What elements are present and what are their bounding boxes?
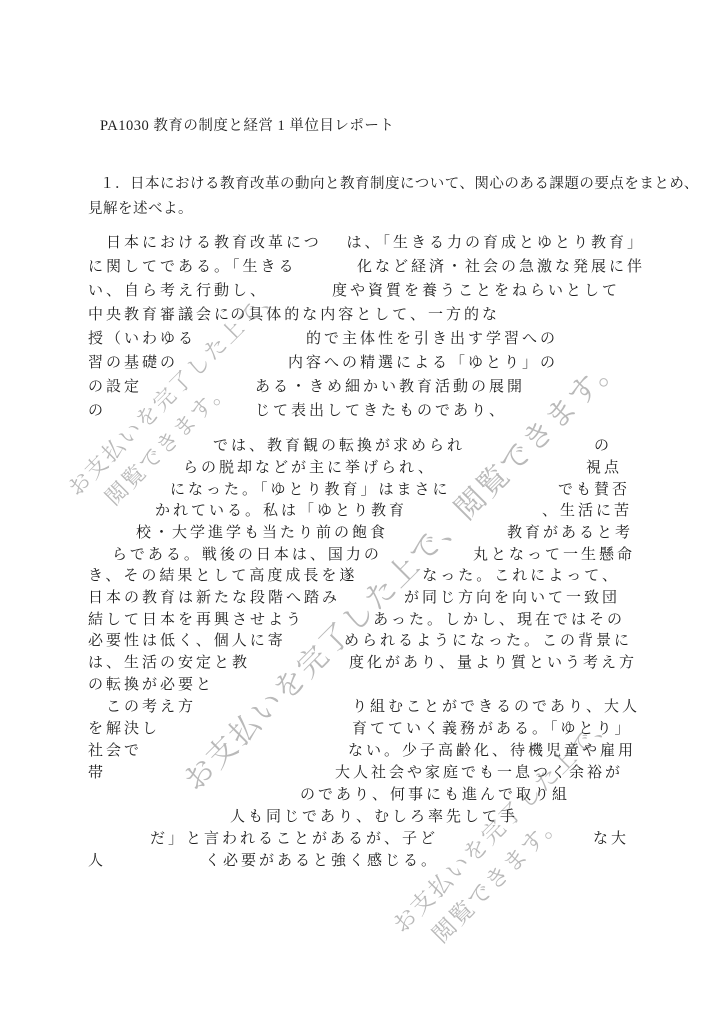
text-line: を解決し育てていく義務がある。「ゆとり」 [0,719,724,741]
text-fragment: なった。これによって、 [422,566,620,586]
text-fragment: らの脱却などが主に挙げられ、 [183,458,436,478]
text-line: 日本の教育は新たな段階へ踏みが同じ方向を向いて一致団 [0,588,724,610]
text-line: のじて表出してきたものであり、 [0,401,724,423]
text-line: い、自ら考え行動し、度や資質を養うことをねらいとして [0,281,724,303]
text-fragment: の設定 [88,377,142,397]
text-fragment: く必要があると強く感じる。 [205,851,439,871]
text-fragment: ある・きめ細かい教育活動の展開 [255,377,525,397]
text-line: らである。戦後の日本は、国力の丸となって一生懸命 [0,545,724,567]
text-line: は、生活の安定と教度化があり、量より質という考え方 [0,653,724,675]
text-fragment: の転換が必要と [88,675,214,695]
text-fragment: に関してである。「生きる [88,257,297,277]
document-page: お支払いを完了した上で、閲覧できます。お支払いを完了した上で、閲覧できます。お支… [0,0,724,1024]
text-fragment: は、「生きる力の育成とゆとり教育」 [346,233,645,253]
text-fragment: あった。しかし、現在ではその [373,610,625,630]
text-fragment: 社会で [88,741,142,761]
text-line: 日本における教育改革につは、「生きる力の育成とゆとり教育」 [0,233,724,255]
text-fragment: 日本における教育改革につ [88,233,322,253]
text-fragment: 見解を述べよ。 [88,199,193,219]
text-fragment: な大 [593,829,629,849]
text-line: 中央教育審議会にの具体的な内容として、一方的な [0,305,724,327]
text-fragment: ない。少子高齢化、待機児童や雇用 [348,741,636,761]
text-line: らの脱却などが主に挙げられ、視点 [0,458,724,480]
text-fragment: １．日本における教育改革の動向と教育制度について、関心のある課題の要点をまとめ、 [100,174,699,194]
text-line: 人も同じであり、むしろ率先して手 [0,807,724,829]
text-fragment: じて表出してきたものであり、 [255,401,507,421]
text-fragment: 視点 [586,458,622,478]
text-line: 校・大学進学も当たり前の飽食教育があると考 [0,523,724,545]
text-fragment: 人 [88,851,106,871]
text-fragment: は、生活の安定と教 [88,653,250,673]
text-line: 必要性は低く、個人に寄められるようになった。この背景に [0,631,724,653]
text-line: 社会でない。少子高齢化、待機児童や雇用 [0,741,724,763]
text-line: では、教育観の転換が求められの [0,436,724,458]
text-fragment: PA1030 教育の制度と経営 1 単位目レポート [100,116,394,136]
text-line: 結して日本を再興させようあった。しかし、現在ではその [0,610,724,632]
text-fragment: のであり、何事にも進んで取り組 [300,785,570,805]
text-fragment: 、生活に苦 [542,501,632,521]
text-fragment: この考え方 [88,697,196,717]
assignment-question-line: 見解を述べよ。 [0,199,724,221]
text-line: 習の基礎の内容への精選による「ゆとり」の [0,353,724,375]
text-fragment: の具体的な内容として、一方的な [230,305,500,325]
text-line: の転換が必要と [0,675,724,697]
text-fragment: になった。「ゆとり教育」はまさに [170,480,451,500]
text-fragment: 度化があり、量より質という考え方 [349,653,637,673]
text-fragment: 中央教育審議会に [88,305,232,325]
text-fragment: 結して日本を再興させよう [88,610,304,630]
text-fragment: 教育があると考 [507,523,633,543]
text-line: 人く必要があると強く感じる。 [0,851,724,873]
text-fragment: の [88,401,106,421]
text-line: だ」と言われることがあるが、子どな大 [0,829,724,851]
text-fragment: められるようになった。この背景に [344,631,632,651]
text-fragment: り組むことができるのであり、大人 [352,697,640,717]
text-fragment: が同じ方向を向いて一致団 [404,588,620,608]
text-line: に関してである。「生きる化など経済・社会の急激な発展に伴 [0,257,724,279]
text-fragment: では、教育観の転換が求められ [213,436,465,456]
text-line: かれている。私は「ゆとり教育、生活に苦 [0,501,724,523]
text-fragment: 化など経済・社会の急激な発展に伴 [357,257,645,277]
text-fragment: き、その結果として高度成長を遂 [88,566,357,586]
text-line: き、その結果として高度成長を遂なった。これによって、 [0,566,724,588]
text-line: 授（いわゆる的で主体性を引き出す学習への [0,329,724,351]
text-fragment: でも賛否 [558,480,630,500]
text-fragment: 人も同じであり、むしろ率先して手 [230,807,518,827]
text-fragment: 大人社会や家庭でも一息つく余裕が [335,763,623,783]
report-title: PA1030 教育の制度と経営 1 単位目レポート [0,116,724,138]
text-fragment: 帯 [88,763,106,783]
text-line: の設定ある・きめ細かい教育活動の展開 [0,377,724,399]
text-fragment: らである。戦後の日本は、国力の [112,545,382,565]
text-fragment: 的で主体性を引き出す学習への [306,329,558,349]
text-fragment: 内容への精選による「ゆとり」の [288,353,558,373]
text-fragment: 育てていく義務がある。「ゆとり」 [352,719,633,739]
text-fragment: の [594,436,612,456]
text-fragment: 校・大学進学も当たり前の飽食 [136,523,388,543]
assignment-question-line: １．日本における教育改革の動向と教育制度について、関心のある課題の要点をまとめ、 [0,174,724,196]
text-fragment: 授（いわゆる [88,329,196,349]
text-line: 帯大人社会や家庭でも一息つく余裕が [0,763,724,785]
text-fragment: 必要性は低く、個人に寄 [88,631,286,651]
text-fragment: 日本の教育は新たな段階へ踏み [88,588,340,608]
text-fragment: 習の基礎の [88,353,178,373]
text-line: のであり、何事にも進んで取り組 [0,785,724,807]
text-fragment: を解決し [88,719,160,739]
text-fragment: い、自ら考え行動し、 [88,281,268,301]
document-text-layer: PA1030 教育の制度と経営 1 単位目レポート１．日本における教育改革の動向… [0,0,724,1024]
text-line: この考え方り組むことができるのであり、大人 [0,697,724,719]
text-fragment: だ」と言われることがあるが、子ど [150,829,438,849]
text-fragment: 度や資質を養うことをねらいとして [332,281,620,301]
text-fragment: かれている。私は「ゆとり教育 [155,501,407,521]
text-line: になった。「ゆとり教育」はまさにでも賛否 [0,480,724,502]
text-fragment: 丸となって一生懸命 [473,545,635,565]
